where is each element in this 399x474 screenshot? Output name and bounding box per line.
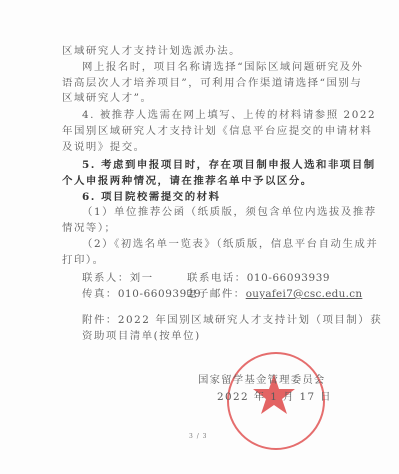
contact-fax: 传真：010-66093929 xyxy=(82,288,201,300)
body-line: 网上报名时，项目名称请选择“国际区域问题研究及外 xyxy=(82,61,364,73)
body-line: 年国别区域研究人才支持计划《信息平台应提交的申请材料 xyxy=(62,125,372,137)
body-line: （2）《初选名单一览表》（纸质版，信息平台自动生成并 xyxy=(82,238,378,250)
body-line: 语高层次人才培养项目”，可利用合作渠道请选择“国别与 xyxy=(62,77,362,89)
contact-person-name: 刘一 xyxy=(130,272,154,284)
body-line: 4. 被推荐人选需在网上填写、上传的材料请参照 2022 xyxy=(82,109,376,121)
document-page: 区域研究人才支持计划选派办法。 网上报名时，项目名称请选择“国际区域问题研究及外… xyxy=(0,0,399,474)
signature-org: 国家留学基金管理委员会 xyxy=(198,374,326,386)
contact-phone: 联系电话：010-66093939 xyxy=(187,272,330,284)
signature-date: 2022 年 1 月 17 日 xyxy=(217,391,332,403)
attachment-line: 附件：2022 年国别区域研究人才支持计划（项目制）获 xyxy=(82,314,382,326)
contact-fax-label: 传真： xyxy=(82,288,118,300)
section-heading: 6. 项目院校需提交的材料 xyxy=(82,191,221,203)
contact-email-link[interactable]: ouyafei7@csc.edu.cn xyxy=(246,288,363,300)
contact-person-label: 联系人： xyxy=(82,272,130,284)
contact-phone-value: 010-66093939 xyxy=(247,272,330,284)
contact-email: 电子邮件：ouyafei7@csc.edu.cn xyxy=(186,288,362,300)
body-line-bold: 5. 考虑到申报项目时，存在项目制申报人选和非项目制 xyxy=(82,159,376,171)
attachment-line: 资助项目清单(按单位) xyxy=(82,330,201,342)
body-line: 区域研究人才支持计划选派办法。 xyxy=(62,45,241,57)
page-number: 3 / 3 xyxy=(189,433,207,440)
body-line: 区域研究人才”。 xyxy=(62,92,152,104)
contact-email-label: 电子邮件： xyxy=(186,288,246,300)
body-line: 打印）。 xyxy=(62,254,105,266)
body-line: 及说明》提交。 xyxy=(62,141,146,153)
contact-person: 联系人：刘一 xyxy=(82,272,154,284)
body-line: 情况等）； xyxy=(62,222,117,234)
contact-phone-label: 联系电话： xyxy=(187,272,247,284)
body-line: （1）单位推荐公函（纸质版，须包含单位内选拔及推荐 xyxy=(82,206,377,218)
body-line-bold: 个人申报两种情况，请在推荐名单中予以区分。 xyxy=(62,175,313,187)
